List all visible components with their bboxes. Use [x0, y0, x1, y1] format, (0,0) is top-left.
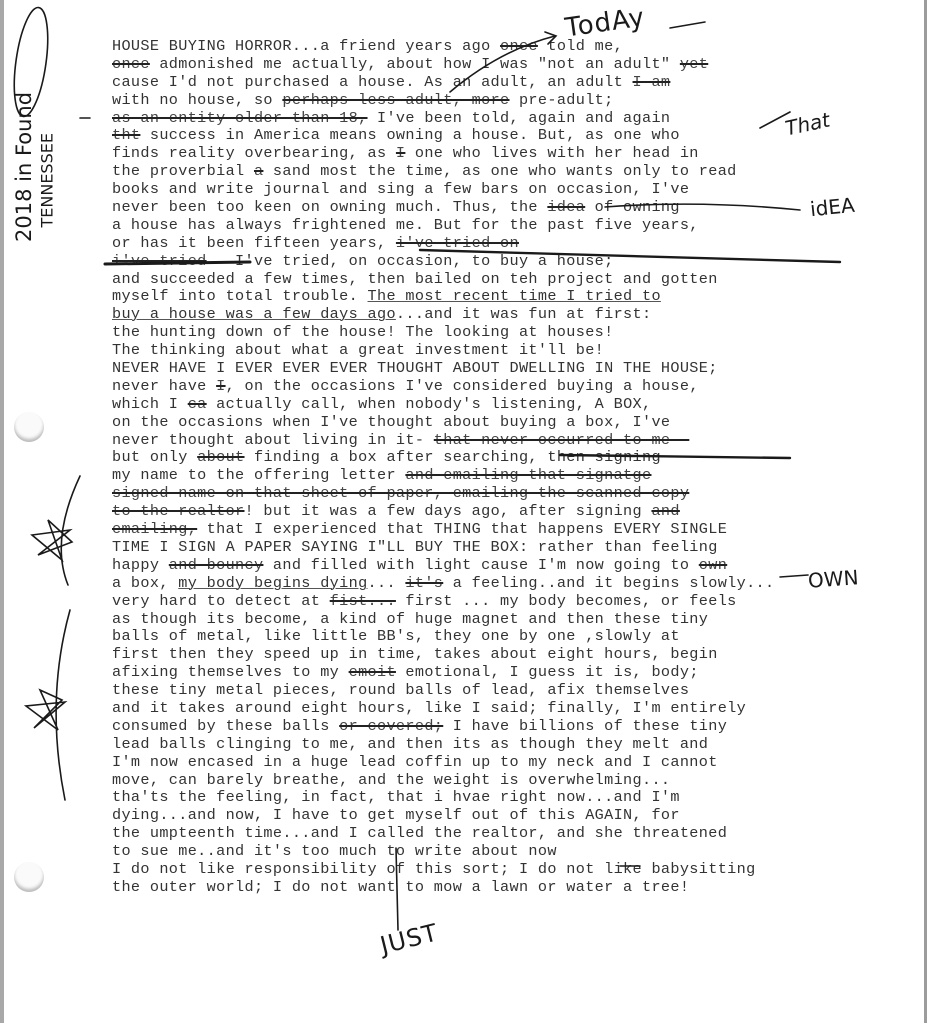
struck-text: and bouncy — [169, 556, 264, 574]
typed-line: which I ca actually call, when nobody's … — [112, 396, 775, 414]
typed-line: HOUSE BUYING HORROR...a friend years ago… — [112, 38, 775, 56]
typed-line: first then they speed up in time, takes … — [112, 646, 775, 664]
text-segment: afixing themselves to my — [112, 663, 349, 681]
text-segment: but only — [112, 448, 197, 466]
text-segment: ...and it was fun at first: — [396, 305, 652, 323]
struck-text: perhaps less adult, more — [282, 91, 509, 109]
text-segment: emotional, I guess it is, body; — [396, 663, 699, 681]
typed-line: I'm now encased in a huge lead coffin up… — [112, 754, 775, 772]
text-segment: never been too keen on owning much. Thus… — [112, 198, 547, 216]
text-segment: a feeling..and it begins slowly... — [443, 574, 774, 592]
typed-line: I do not like responsibility of this sor… — [112, 861, 775, 879]
text-segment: with no house, so — [112, 91, 282, 109]
struck-text: idea — [547, 198, 585, 216]
text-segment: very hard to detect at — [112, 592, 330, 610]
text-segment: admonished me actually, about how I was … — [150, 55, 680, 73]
text-segment: which I — [112, 395, 188, 413]
text-segment: , on the occasions I've considered buyin… — [226, 377, 699, 395]
typed-line: never thought about living in it- that n… — [112, 432, 775, 450]
text-segment: balls of metal, like little BB's, they o… — [112, 627, 680, 645]
handwritten-idea: idEA — [809, 193, 856, 222]
typed-line: cause I'd not purchased a house. As an a… — [112, 74, 775, 92]
struck-text: about — [197, 448, 244, 466]
typed-line: to the realtor! but it was a few days ag… — [112, 503, 775, 521]
typed-line: afixing themselves to my emoit emotional… — [112, 664, 775, 682]
typed-line: never been too keen on owning much. Thus… — [112, 199, 775, 217]
typed-line: finds reality overbearing, as I one who … — [112, 145, 775, 163]
text-segment: one who lives with her head in — [405, 144, 698, 162]
typed-line: as though its become, a kind of huge mag… — [112, 611, 775, 629]
punch-hole-icon — [14, 412, 44, 442]
typed-line: tha'ts the feeling, in fact, that i hvae… — [112, 789, 775, 807]
struck-text: or covered; — [339, 717, 443, 735]
text-segment: I've tried, on occasion, to buy a house; — [207, 252, 614, 270]
text-segment: never have — [112, 377, 216, 395]
struck-text: yet — [680, 55, 708, 73]
struck-text: tht — [112, 126, 140, 144]
text-segment: cause I'd not purchased a house. As an a… — [112, 73, 633, 91]
text-segment: of owning — [585, 198, 680, 216]
typed-line: once admonished me actually, about how I… — [112, 56, 775, 74]
typed-line: NEVER HAVE I EVER EVER EVER THOUGHT ABOU… — [112, 360, 775, 378]
struck-text: emoit — [349, 663, 396, 681]
typed-line: on the occasions when I've thought about… — [112, 414, 775, 432]
text-segment: finding a box after searching, then sign… — [245, 448, 661, 466]
typed-line: the hunting down of the house! The looki… — [112, 324, 775, 342]
text-segment: NEVER HAVE I EVER EVER EVER THOUGHT ABOU… — [112, 359, 718, 377]
typed-line: but only about finding a box after searc… — [112, 449, 775, 467]
text-segment: these tiny metal pieces, round balls of … — [112, 681, 689, 699]
typed-line: with no house, so perhaps less adult, mo… — [112, 92, 775, 110]
typed-line: myself into total trouble. The most rece… — [112, 288, 775, 306]
typed-line: The thinking about what a great investme… — [112, 342, 775, 360]
underlined-text: my body begins dying — [178, 574, 367, 592]
text-segment: HOUSE BUYING HORROR...a friend years ago — [112, 37, 500, 55]
typed-line: buy a house was a few days ago...and it … — [112, 306, 775, 324]
typed-line: a house has always frightened me. But fo… — [112, 217, 775, 235]
text-segment: or has it been fifteen years, — [112, 234, 396, 252]
struck-text: i've tried on — [396, 234, 519, 252]
text-segment: finds reality overbearing, as — [112, 144, 396, 162]
text-segment: first ... my body becomes, or feels — [396, 592, 737, 610]
text-segment: I do not like responsibility of this sor… — [112, 860, 756, 878]
typed-line: TIME I SIGN A PAPER SAYING I"LL BUY THE … — [112, 539, 775, 557]
struck-text: i've tried — [112, 252, 207, 270]
handwritten-own: OWN — [807, 565, 859, 592]
struck-text: to the realtor — [112, 502, 245, 520]
typed-line: a box, my body begins dying... it's a fe… — [112, 575, 775, 593]
typed-line: consumed by these balls or covered; I ha… — [112, 718, 775, 736]
typed-line: the outer world; I do not want to mow a … — [112, 879, 775, 897]
struck-text: emailing, — [112, 520, 197, 538]
text-segment: tha'ts the feeling, in fact, that i hvae… — [112, 788, 680, 806]
typed-line: signed name on that sheet of paper, emai… — [112, 485, 775, 503]
text-segment: to sue me..and it's too much to write ab… — [112, 842, 557, 860]
typed-line: lead balls clinging to me, and then its … — [112, 736, 775, 754]
text-segment: ! but it was a few days ago, after signi… — [245, 502, 652, 520]
text-segment: and it takes around eight hours, like I … — [112, 699, 746, 717]
typed-line: happy and bouncy and filled with light c… — [112, 557, 775, 575]
typed-line: balls of metal, like little BB's, they o… — [112, 628, 775, 646]
struck-text: fist... — [330, 592, 396, 610]
margin-note-date: 2018 in Found — [12, 82, 36, 242]
margin-note-place: TENNESSEE — [38, 68, 57, 228]
struck-text: and — [651, 502, 679, 520]
typed-line: dying...and now, I have to get myself ou… — [112, 807, 775, 825]
text-segment: and filled with light cause I'm now goin… — [263, 556, 698, 574]
typed-line: the umpteenth time...and I called the re… — [112, 825, 775, 843]
text-segment: dying...and now, I have to get myself ou… — [112, 806, 680, 824]
struck-text: ca — [188, 395, 207, 413]
text-segment: success in America means owning a house.… — [140, 126, 679, 144]
struck-text: and emailing that signatge — [405, 466, 651, 484]
text-segment: lead balls clinging to me, and then its … — [112, 735, 708, 753]
text-segment: the hunting down of the house! The looki… — [112, 323, 614, 341]
struck-text: signed name on that sheet of paper, emai… — [112, 484, 689, 502]
typed-line: to sue me..and it's too much to write ab… — [112, 843, 775, 861]
text-segment: the outer world; I do not want to mow a … — [112, 878, 689, 896]
typed-line: move, can barely breathe, and the weight… — [112, 772, 775, 790]
text-segment: consumed by these balls — [112, 717, 339, 735]
struck-text: I — [216, 377, 225, 395]
typed-line: as an entity older than 18, I've been to… — [112, 110, 775, 128]
struck-text: that never occurred to me-- — [434, 431, 690, 449]
text-segment: a box, — [112, 574, 178, 592]
text-segment: that I experienced that THING that happe… — [197, 520, 727, 538]
struck-text: as an entity older than 18, — [112, 109, 368, 127]
text-segment: never thought about living in it- — [112, 431, 434, 449]
text-segment: sand most the time, as one who wants onl… — [263, 162, 736, 180]
typed-line: these tiny metal pieces, round balls of … — [112, 682, 775, 700]
punch-hole-icon — [14, 862, 44, 892]
typed-line: tht success in America means owning a ho… — [112, 127, 775, 145]
struck-text: I am — [633, 73, 671, 91]
underlined-text: The most recent time I tried to — [368, 287, 661, 305]
text-segment: The thinking about what a great investme… — [112, 341, 604, 359]
text-segment: I've been told, again and again — [368, 109, 671, 127]
text-segment: ... — [368, 574, 406, 592]
underlined-text: buy a house was a few days ago — [112, 305, 396, 323]
text-segment: move, can barely breathe, and the weight… — [112, 771, 670, 789]
typed-text-body: HOUSE BUYING HORROR...a friend years ago… — [112, 38, 775, 897]
text-segment: a house has always frightened me. But fo… — [112, 216, 699, 234]
struck-text: own — [699, 556, 727, 574]
typed-line: never have I, on the occasions I've cons… — [112, 378, 775, 396]
text-segment: and succeeded a few times, then bailed o… — [112, 270, 718, 288]
text-segment: I'm now encased in a huge lead coffin up… — [112, 753, 718, 771]
typed-line: or has it been fifteen years, i've tried… — [112, 235, 775, 253]
struck-text: once — [500, 37, 538, 55]
text-segment: happy — [112, 556, 169, 574]
struck-text: once — [112, 55, 150, 73]
struck-text: it's — [405, 574, 443, 592]
typed-line: emailing, that I experienced that THING … — [112, 521, 775, 539]
text-segment: pre-adult; — [510, 91, 614, 109]
typed-line: and succeeded a few times, then bailed o… — [112, 271, 775, 289]
text-segment: actually call, when nobody's listening, … — [207, 395, 652, 413]
struck-text: I — [396, 144, 405, 162]
typed-line: the proverbial a sand most the time, as … — [112, 163, 775, 181]
text-segment: my name to the offering letter — [112, 466, 405, 484]
typed-line: and it takes around eight hours, like I … — [112, 700, 775, 718]
text-segment: I have billions of these tiny — [443, 717, 727, 735]
text-segment: TIME I SIGN A PAPER SAYING I"LL BUY THE … — [112, 538, 718, 556]
typed-line: i've tried I've tried, on occasion, to b… — [112, 253, 775, 271]
text-segment: on the occasions when I've thought about… — [112, 413, 670, 431]
text-segment: myself into total trouble. — [112, 287, 368, 305]
text-segment: as though its become, a kind of huge mag… — [112, 610, 708, 628]
text-segment: first then they speed up in time, takes … — [112, 645, 718, 663]
text-segment: books and write journal and sing a few b… — [112, 180, 689, 198]
typed-line: books and write journal and sing a few b… — [112, 181, 775, 199]
typed-line: my name to the offering letter and email… — [112, 467, 775, 485]
text-segment: the proverbial — [112, 162, 254, 180]
typed-line: very hard to detect at fist... first ...… — [112, 593, 775, 611]
text-segment: the umpteenth time...and I called the re… — [112, 824, 727, 842]
